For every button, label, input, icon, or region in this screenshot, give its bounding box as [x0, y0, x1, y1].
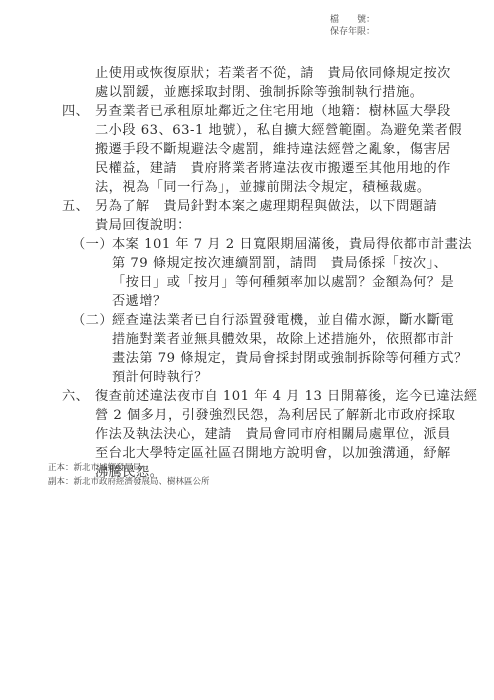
paragraph-line: 否遞增？: [112, 292, 167, 311]
item-marker-5: 五、: [62, 197, 89, 216]
item-marker-6: 六、: [62, 387, 89, 406]
paragraph-line: 經查違法業者已自行添置發電機，並自備水源，斷水斷電: [112, 311, 454, 330]
paragraph-line: 本案 101 年 7 月 2 日寬限期屆滿後，貴局得依都市計畫法: [112, 235, 472, 254]
paragraph-line: 至台北大學特定區社區召開地方說明會，以加強溝通，紓解: [95, 444, 451, 463]
paragraph-line: 復查前述違法夜市自 101 年 4 月 13 日開幕後，迄今已違法經: [95, 387, 478, 406]
paragraph-line: 預計何時執行？: [112, 368, 208, 387]
original-recipient: 正本：新北市城鄉發展局: [48, 462, 142, 475]
paragraph-line: 「按日」或「按月」等何種頻率加以處罰？金額為何？是: [112, 273, 454, 292]
paragraph-line: 畫法第 79 條規定，貴局會採封閉或強制拆除等何種方式？: [112, 349, 468, 368]
document-meta: 檔 號： 保存年限：: [330, 14, 375, 38]
paragraph-line: 法，視為「同一行為」，並據前開法令規定，積極裁處。: [95, 178, 431, 197]
copy-recipients: 副本：新北市政府經濟發展局、樹林區公所: [48, 476, 210, 489]
paragraph-line: 搬遷手段不斷規避法令處罰，維持違法經營之亂象，傷害居: [95, 140, 451, 159]
paragraph-line: 二小段 63、63-1 地號），私自擴大經營範圍。為避免業者假: [95, 121, 462, 140]
paragraph-line: 作法及執法決心，建請 貴局會同市府相關局處單位，派員: [95, 425, 451, 444]
retention-period-field: 保存年限：: [330, 26, 375, 38]
file-number-field: 檔 號：: [330, 14, 375, 26]
paragraph-line: 貴局回復說明：: [95, 216, 191, 235]
subitem-marker-2: （二）: [72, 311, 113, 330]
paragraph-line: 止使用或恢復原狀；若業者不從，請 貴局依同條規定按次: [95, 64, 451, 83]
paragraph-line: 營 2 個多月，引發強烈民怨，為利居民了解新北市政府採取: [95, 406, 455, 425]
subitem-marker-1: （一）: [72, 235, 113, 254]
paragraph-line: 另查業者已承租原址鄰近之住宅用地（地籍：樹林區大學段: [95, 102, 451, 121]
item-marker-4: 四、: [62, 102, 89, 121]
paragraph-line: 措施對業者並無具體效果，故除上述措施外，依照都市計: [112, 330, 454, 349]
paragraph-line: 民權益，建請 貴府將業者將違法夜市搬遷至其他用地的作: [95, 159, 451, 178]
paragraph-line: 處以罰鍰，並應採取封閉、強制拆除等強制執行措施。: [95, 83, 424, 102]
paragraph-line: 第 79 條規定按次連續罰罰，請問 貴局係採「按次」、: [112, 254, 447, 273]
paragraph-line: 另為了解 貴局針對本案之處理期程與做法，以下問題請: [95, 197, 437, 216]
